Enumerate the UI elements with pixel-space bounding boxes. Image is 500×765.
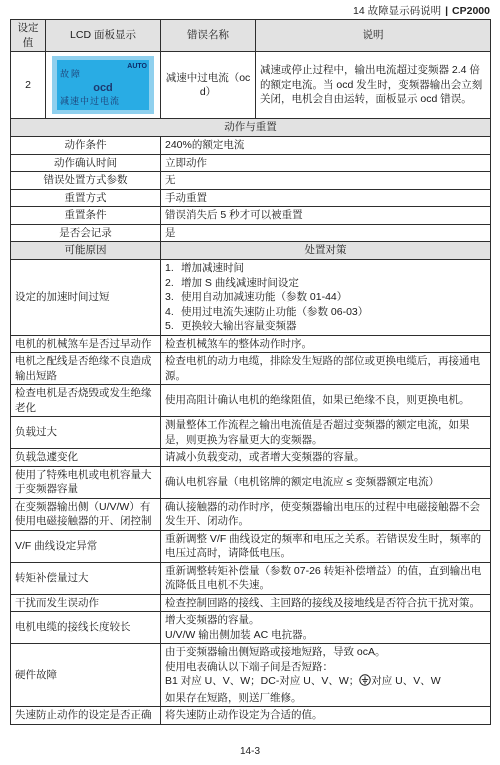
remedy-line: 由于变频器输出侧短路或接地短路，导致 ocA。 (165, 645, 486, 660)
action-label: 动作确认时间 (11, 154, 161, 172)
causes-header-remedy: 处置对策 (161, 242, 491, 260)
item-number: 1. (165, 261, 181, 276)
cause-row: V/F 曲线设定异常 重新调整 V/F 曲线设定的频率和电压之关系。若错误发生时… (11, 530, 491, 562)
col-header-lcd: LCD 面板显示 (46, 20, 161, 52)
causes-header-row: 可能原因 处置对策 (11, 242, 491, 260)
cause-text: V/F 曲线设定异常 (11, 530, 161, 562)
item-text: 增加减速时间 (181, 261, 486, 276)
cause-text: 负载过大 (11, 417, 161, 449)
lcd-cell: AUTO 故障 ocd 减速中过电流 (46, 52, 161, 119)
remedy-line: 如果存在短路，则送厂维修。 (165, 691, 486, 706)
remedy-line: U/V/W 输出侧加装 AC 电抗器。 (165, 628, 486, 643)
action-value: 错误消失后 5 秒才可以被重置 (161, 207, 491, 225)
action-label: 重置条件 (11, 207, 161, 225)
remedy-line: 使用电表确认以下端子间是否短路： (165, 660, 486, 675)
remedy-list-item: 4.使用过电流失速防止功能（参数 06-03） (165, 305, 486, 320)
causes-header-cause: 可能原因 (11, 242, 161, 260)
cause-text: 转矩补偿量过大 (11, 562, 161, 594)
action-reset-title: 动作与重置 (11, 119, 491, 137)
action-label: 是否会记录 (11, 224, 161, 242)
remedy-cell: 由于变频器输出侧短路或接地短路，导致 ocA。 使用电表确认以下端子间是否短路：… (161, 644, 491, 707)
remedy-list: 1.增加减速时间 2.增加 S 曲线减速时间设定 3.使用自动加减速功能（参数 … (165, 261, 486, 334)
remedy-cell: 增大变频器的容量。 U/V/W 输出侧加装 AC 电抗器。 (161, 612, 491, 644)
remedy-list-item: 2.增加 S 曲线减速时间设定 (165, 276, 486, 291)
action-row: 错误处置方式参数 无 (11, 172, 491, 190)
chapter-title: 14 故障显示码说明 (353, 5, 441, 17)
lcd-screen: AUTO 故障 ocd 减速中过电流 (57, 60, 149, 110)
cause-row: 使用了特殊电机或电机容量大于变频器容量 确认电机容量（电机铭牌的额定电流应 ≤ … (11, 466, 491, 498)
item-number: 5. (165, 319, 181, 334)
col-header-setting: 设定值 (11, 20, 46, 52)
remedy-text: 确认接触器的动作时序，使变频器输出电压的过程中电磁接触器不会发生开、闭动作。 (161, 498, 491, 530)
action-row: 重置方式 手动重置 (11, 189, 491, 207)
remedy-text: 确认电机容量（电机铭牌的额定电流应 ≤ 变频器额定电流） (161, 466, 491, 498)
action-value: 是 (161, 224, 491, 242)
cause-row: 失速防止动作的设定是否正确 将失速防止动作设定为合适的值。 (11, 707, 491, 725)
remedy-list-item: 3.使用自动加减速功能（参数 01-44） (165, 290, 486, 305)
remedy-text: 检查电机的动力电缆，排除发生短路的部位或更换电缆后，再接通电源。 (161, 353, 491, 385)
item-number: 2. (165, 276, 181, 291)
remedy-text: 重新调整 V/F 曲线设定的频率和电压之关系。若错误发生时，频率的电压过高时，请… (161, 530, 491, 562)
item-text: 更换较大输出容量变频器 (181, 319, 486, 334)
error-description: 减速或停止过程中，输出电流超过变频器 2.4 倍的额定电流。当 ocd 发生时，… (256, 52, 491, 119)
fault-table: 设定值 LCD 面板显示 错误名称 说明 2 AUTO 故障 ocd 减速中过电… (10, 19, 491, 725)
cause-row: 设定的加速时间过短 1.增加减速时间 2.增加 S 曲线减速时间设定 3.使用自… (11, 260, 491, 336)
action-value: 手动重置 (161, 189, 491, 207)
cause-row: 负载过大 测量整体工作流程之输出电流值是否超过变频器的额定电流，如果是，则更换为… (11, 417, 491, 449)
action-row: 是否会记录 是 (11, 224, 491, 242)
terminal-line-post: 对应 U、V、W (371, 675, 440, 687)
lcd-auto-label: AUTO (127, 60, 147, 75)
remedy-line: 增大变频器的容量。 (165, 613, 486, 628)
lcd-fault-label: 故障 (60, 67, 82, 82)
item-number: 4. (165, 305, 181, 320)
cause-row: 硬件故障 由于变频器输出侧短路或接地短路，导致 ocA。 使用电表确认以下端子间… (11, 644, 491, 707)
cause-text: 负载急遽变化 (11, 449, 161, 467)
cause-row: 电机的机械煞车是否过早动作 检查机械煞车的整体动作时序。 (11, 335, 491, 353)
remedy-list-item: 5.更换较大输出容量变频器 (165, 319, 486, 334)
action-row: 动作条件 240%的额定电流 (11, 137, 491, 155)
cause-row: 负载急遽变化 请减小负载变动，或者增大变频器的容量。 (11, 449, 491, 467)
action-label: 重置方式 (11, 189, 161, 207)
cause-text: 干扰而发生误动作 (11, 594, 161, 612)
fault-row: 2 AUTO 故障 ocd 减速中过电流 减速中过电流（ocd） 减速或停止过程… (11, 52, 491, 119)
remedy-text: 检查机械煞车的整体动作时序。 (161, 335, 491, 353)
action-label: 错误处置方式参数 (11, 172, 161, 190)
lcd-panel: AUTO 故障 ocd 减速中过电流 (52, 56, 154, 114)
remedy-text: 将失速防止动作设定为合适的值。 (161, 707, 491, 725)
remedy-text: 测量整体工作流程之输出电流值是否超过变频器的额定电流，如果是，则更换为容量更大的… (161, 417, 491, 449)
cause-row: 在变频器输出侧（U/V/W）有使用电磁接触器的开、闭控制 确认接触器的动作时序，… (11, 498, 491, 530)
earth-ground-icon (359, 674, 371, 691)
item-text: 增加 S 曲线减速时间设定 (181, 276, 486, 291)
col-header-desc: 说明 (256, 20, 491, 52)
remedy-text: 使用高阻计确认电机的绝缘阻值，如果已绝缘不良，则更换电机。 (161, 385, 491, 417)
cause-text: 电机之配线是否绝缘不良造成输出短路 (11, 353, 161, 385)
error-name: 减速中过电流（ocd） (161, 52, 256, 119)
remedy-cell: 1.增加减速时间 2.增加 S 曲线减速时间设定 3.使用自动加减速功能（参数 … (161, 260, 491, 336)
cause-row: 检查电机是否烧毁或发生绝缘老化 使用高阻计确认电机的绝缘阻值，如果已绝缘不良，则… (11, 385, 491, 417)
action-value: 无 (161, 172, 491, 190)
cause-row: 干扰而发生误动作 检查控制回路的接线、主回路的接线及接地线是否符合抗干扰对策。 (11, 594, 491, 612)
remedy-text: 重新调整转矩补偿量（参数 07-26 转矩补偿增益）的值，直到输出电流降低且电机… (161, 562, 491, 594)
item-text: 使用自动加减速功能（参数 01-44） (181, 290, 486, 305)
page-header: 14 故障显示码说明|CP2000 (353, 3, 490, 18)
terminal-line-pre: B1 对应 U、V、W；DC-对应 U、V、W； (165, 675, 359, 687)
lcd-error-text: 减速中过电流 (60, 94, 120, 109)
action-row: 重置条件 错误消失后 5 秒才可以被重置 (11, 207, 491, 225)
action-value: 240%的额定电流 (161, 137, 491, 155)
cause-text: 在变频器输出侧（U/V/W）有使用电磁接触器的开、闭控制 (11, 498, 161, 530)
table-header-row: 设定值 LCD 面板显示 错误名称 说明 (11, 20, 491, 52)
cause-text: 电机电缆的接线长度较长 (11, 612, 161, 644)
section-title-row: 动作与重置 (11, 119, 491, 137)
action-label: 动作条件 (11, 137, 161, 155)
cause-row: 电机之配线是否绝缘不良造成输出短路 检查电机的动力电缆，排除发生短路的部位或更换… (11, 353, 491, 385)
product-name: CP2000 (452, 5, 490, 17)
header-divider: | (441, 5, 452, 17)
setting-value: 2 (11, 52, 46, 119)
item-number: 3. (165, 290, 181, 305)
cause-text: 硬件故障 (11, 644, 161, 707)
cause-text: 电机的机械煞车是否过早动作 (11, 335, 161, 353)
remedy-text: 请减小负载变动，或者增大变频器的容量。 (161, 449, 491, 467)
cause-text: 检查电机是否烧毁或发生绝缘老化 (11, 385, 161, 417)
item-text: 使用过电流失速防止功能（参数 06-03） (181, 305, 486, 320)
terminal-line: B1 对应 U、V、W；DC-对应 U、V、W；对应 U、V、W (165, 674, 486, 691)
remedy-list-item: 1.增加减速时间 (165, 261, 486, 276)
col-header-name: 错误名称 (161, 20, 256, 52)
cause-text: 使用了特殊电机或电机容量大于变频器容量 (11, 466, 161, 498)
remedy-text: 检查控制回路的接线、主回路的接线及接地线是否符合抗干扰对策。 (161, 594, 491, 612)
page-number: 14-3 (0, 746, 500, 757)
action-value: 立即动作 (161, 154, 491, 172)
action-row: 动作确认时间 立即动作 (11, 154, 491, 172)
cause-row: 电机电缆的接线长度较长 增大变频器的容量。 U/V/W 输出侧加装 AC 电抗器… (11, 612, 491, 644)
manual-page: 14 故障显示码说明|CP2000 设定值 LCD 面板显示 错误名称 说明 2… (0, 0, 500, 765)
cause-text: 设定的加速时间过短 (11, 260, 161, 336)
cause-text: 失速防止动作的设定是否正确 (11, 707, 161, 725)
cause-row: 转矩补偿量过大 重新调整转矩补偿量（参数 07-26 转矩补偿增益）的值，直到输… (11, 562, 491, 594)
